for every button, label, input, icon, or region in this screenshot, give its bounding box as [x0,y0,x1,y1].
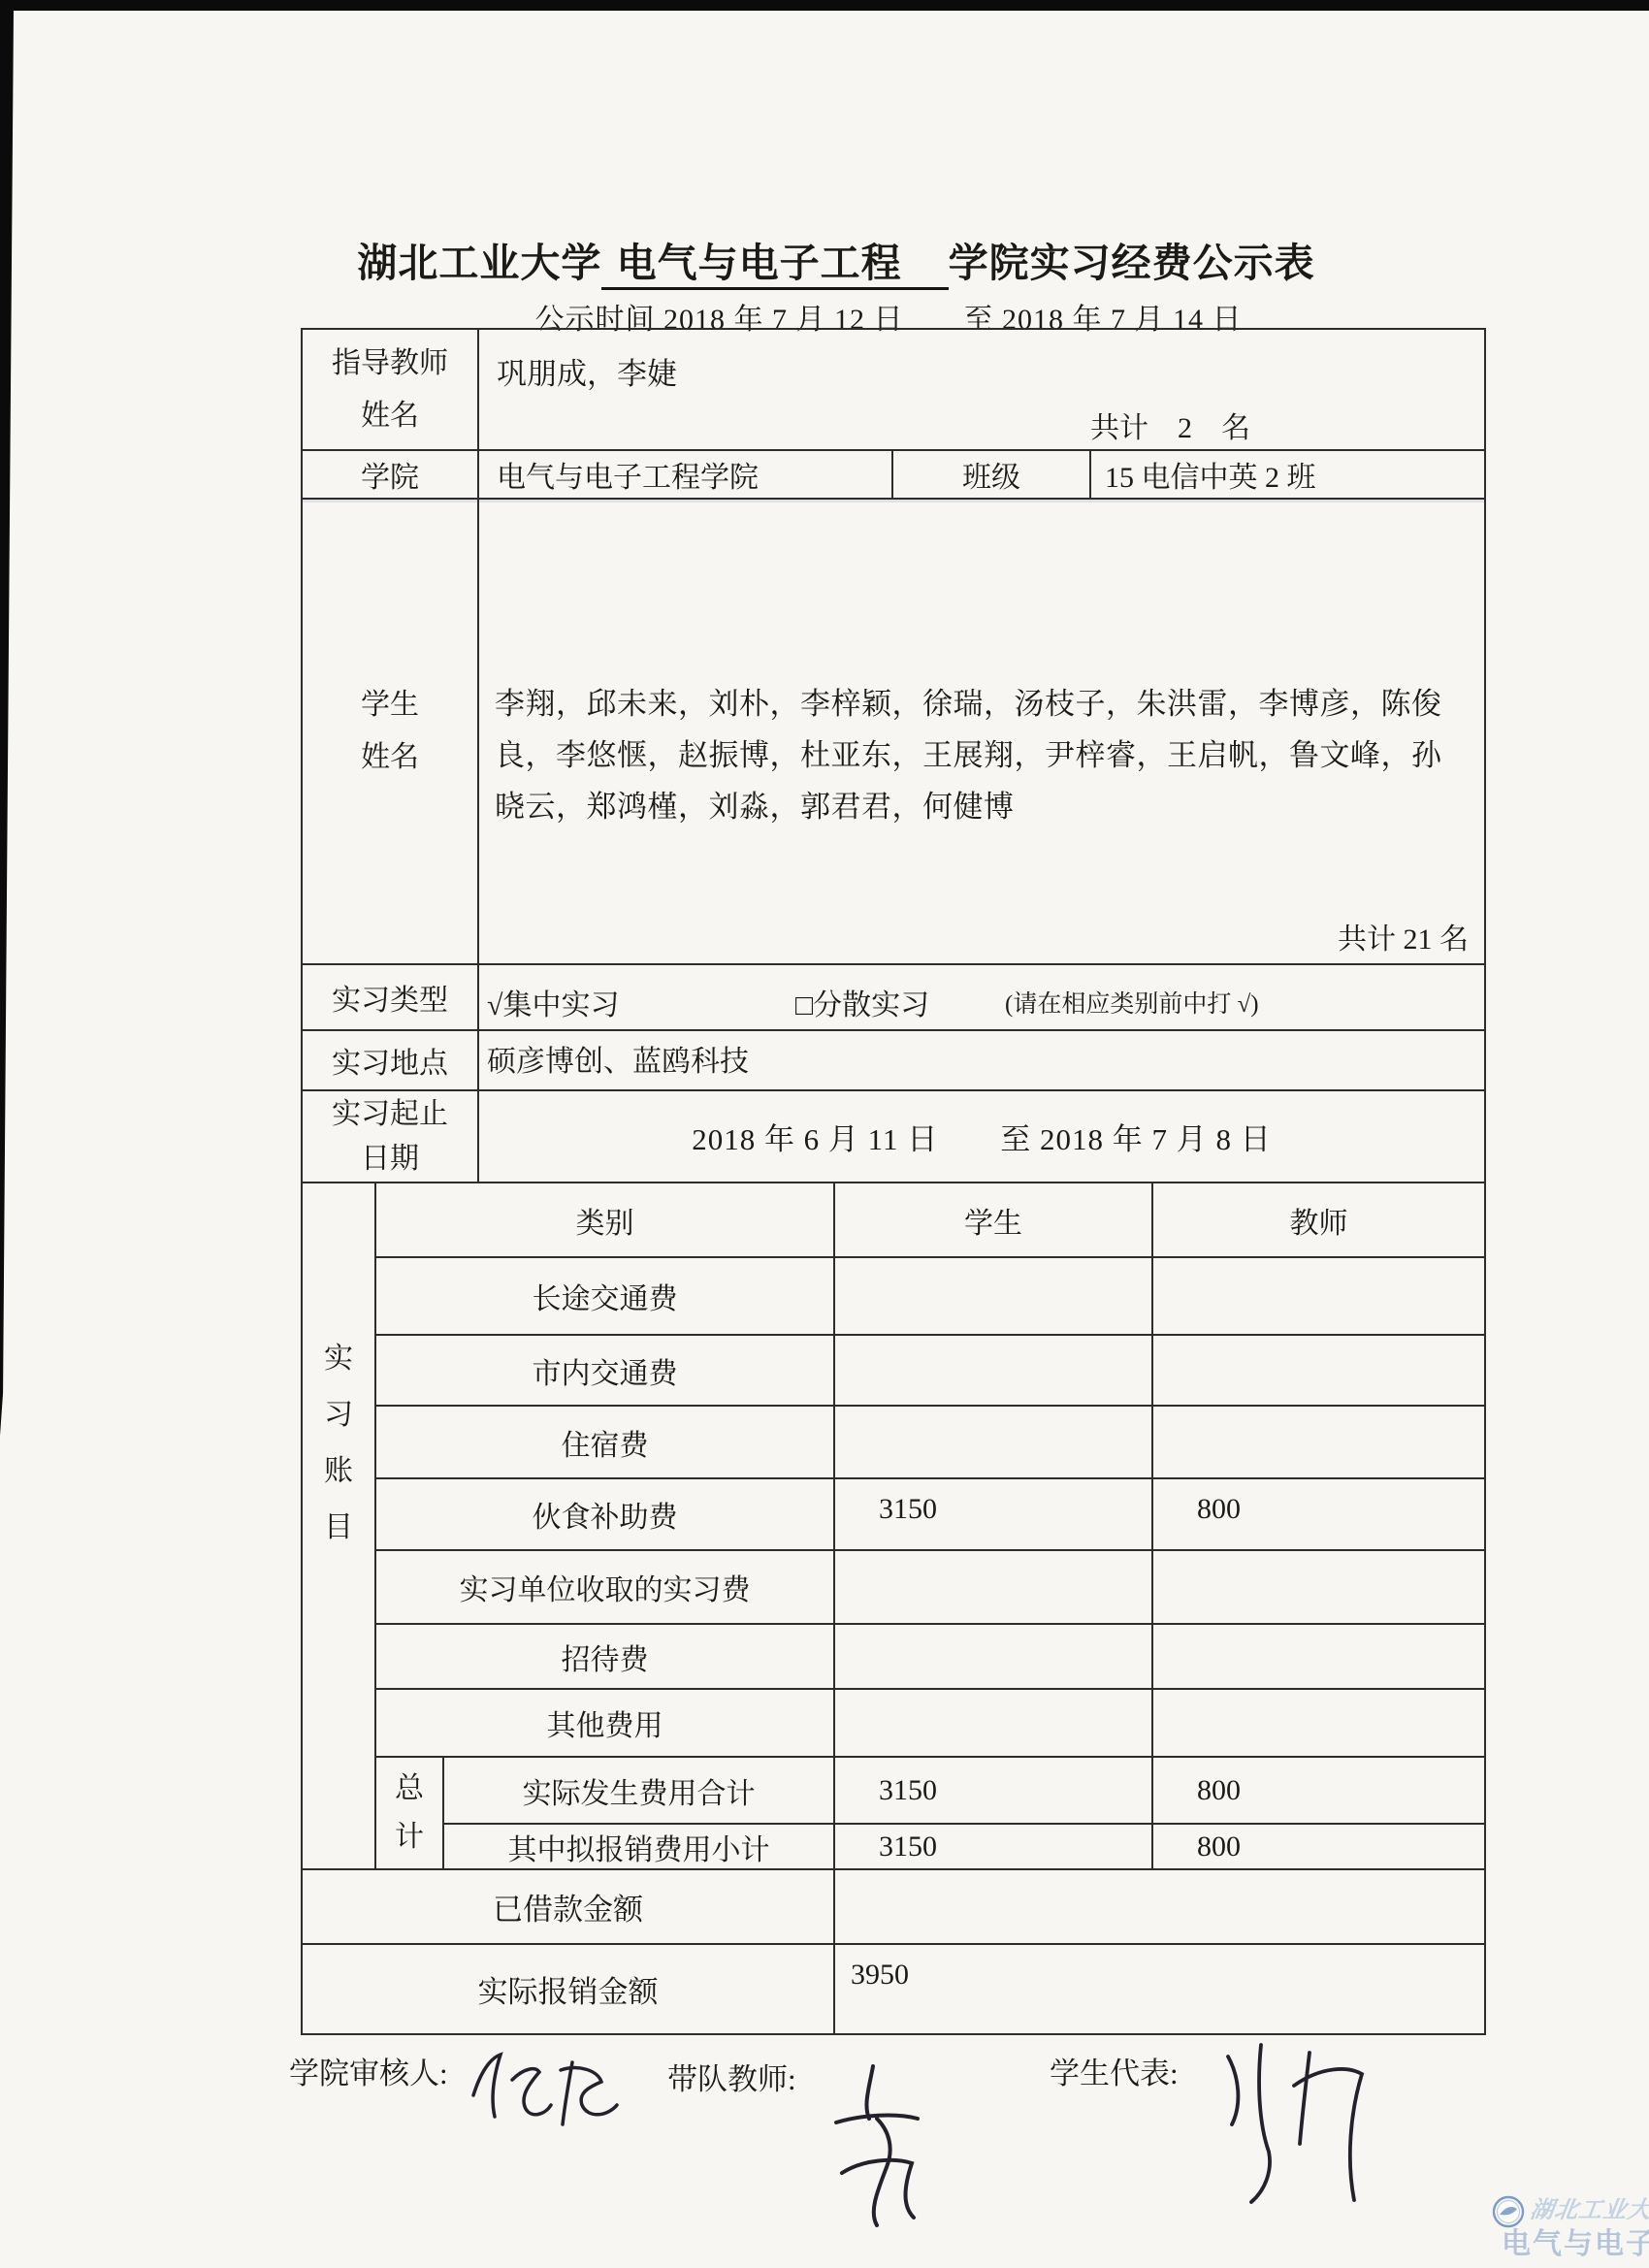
row-student-value [835,1407,1153,1479]
total-row-student-value: 3150 [835,1825,1153,1870]
type-option-checked: √集中实习 [487,981,619,1023]
row-category: 实习单位收取的实习费 [376,1551,835,1625]
lead-teacher-signature [813,2058,939,2233]
row-student-value [835,1336,1153,1407]
row-category: 伙食补助费 [376,1479,835,1551]
borrowed-label-cell: 已借款金额 [303,1870,835,1945]
location-label: 实习地点 [332,1039,448,1082]
class-value: 15 电信中英 2 班 [1105,453,1316,496]
account-section-label-cell: 实习账目 [303,1183,376,1870]
total-label-cell: 总计 [376,1758,444,1870]
college-label: 学院 [361,453,419,496]
category-label: 实际发生费用合计 [523,1769,756,1812]
type-label-cell: 实习类型 [303,965,479,1031]
row-student-value [835,1258,1153,1336]
reimbursed-label: 实际报销金额 [478,1967,659,2011]
row-student-value [835,1625,1153,1690]
row-student-value [835,1690,1153,1758]
row-teacher-value [1153,1407,1486,1479]
type-option-unchecked: □分散实习 [795,981,929,1023]
header-category-label: 类别 [576,1199,634,1242]
header-teacher-label: 教师 [1290,1199,1348,1242]
row-teacher-value [1153,1258,1486,1336]
dates-label-line1: 实习起止 [332,1092,448,1137]
header-student-label: 学生 [964,1199,1022,1242]
type-note: (请在相应类别前中打 √) [1005,985,1259,1020]
borrowed-value-cell [835,1870,1486,1945]
college-label-cell: 学院 [303,451,479,500]
title-suffix: 学院实习经费公示表 [949,241,1315,285]
total-row-category: 其中拟报销费用小计 [444,1825,835,1870]
reimbursed-label-cell: 实际报销金额 [303,1945,835,2035]
row-teacher-value [1153,1551,1486,1625]
dates-value: 2018 年 6 月 11 日 至 2018 年 7 月 8 日 [692,1115,1272,1158]
row-category: 住宿费 [376,1407,835,1479]
row-student-value: 3150 [835,1479,1153,1551]
reviewer-signature-strokes [456,2035,630,2137]
row-category: 市内交通费 [376,1336,835,1407]
students-value-cell: 李翔，邱未来，刘朴，李梓颖，徐瑞，汤枝子，朱洪雷，李博彦，陈俊良，李悠惬，赵振博… [479,500,1486,965]
instructor-total: 共计 2 名 [1090,404,1250,446]
reviewer-label: 学院审核人: [289,2049,448,2092]
category-label: 其中拟报销费用小计 [508,1826,770,1868]
instructor-names: 巩朋成，李婕 [479,330,1484,393]
location-label-cell: 实习地点 [303,1031,479,1091]
summary-table: 已借款金额 实际报销金额 3950 [301,1870,1486,2035]
location-value: 硕彦博创、蓝鸥科技 [487,1046,749,1078]
row-teacher-value: 800 [1153,1479,1486,1551]
instructor-label-cell: 指导教师 姓名 [303,330,479,451]
student-rep-signature-strokes [1201,2024,1371,2213]
total-row-student-value: 3150 [835,1758,1153,1825]
info-table: 指导教师 姓名 巩朋成，李婕 共计 2 名 学院 电气与电子工程学院 班级 15… [301,328,1486,1183]
category-label: 市内交通费 [533,1349,678,1392]
students-total: 共计 21 名 [1338,915,1469,957]
students-label-line2: 姓名 [361,731,419,784]
location-value-cell: 硕彦博创、蓝鸥科技 [479,1031,1486,1091]
college-value: 电气与电子工程学院 [497,453,759,496]
row-teacher-value [1153,1690,1486,1758]
header-student: 学生 [835,1183,1153,1258]
reimbursed-value-cell: 3950 [835,1945,1486,2035]
class-label-cell: 班级 [893,451,1091,500]
category-label: 其他费用 [547,1701,663,1744]
type-value-cell: √集中实习 □分散实习 (请在相应类别前中打 √) [479,965,1486,1031]
row-category: 招待费 [376,1625,835,1690]
lead-teacher-label: 带队教师: [667,2055,796,2098]
scan-edge-top [0,0,1649,11]
reviewer-signature [456,2035,630,2137]
category-label: 实习单位收取的实习费 [460,1566,751,1608]
header-teacher: 教师 [1153,1183,1486,1258]
row-teacher-value [1153,1625,1486,1690]
class-value-cell: 15 电信中英 2 班 [1091,451,1486,500]
student-rep-label: 学生代表: [1050,2049,1179,2092]
row-category: 其他费用 [376,1690,835,1758]
category-label: 招待费 [562,1636,649,1678]
row-category: 长途交通费 [376,1258,835,1336]
students-label-line1: 学生 [361,679,419,731]
students-names: 李翔，邱未来，刘朴，李梓颖，徐瑞，汤枝子，朱洪雷，李博彦，陈俊良，李悠惬，赵振博… [495,678,1447,832]
account-table: 实习账目 类别 学生 教师 长途交通费 市内交通费 住宿费 伙食补助费 3150… [301,1183,1486,1870]
borrowed-label: 已借款金额 [493,1885,643,1928]
category-label: 住宿费 [562,1421,649,1464]
dates-label-cell: 实习起止 日期 [303,1091,479,1183]
class-label: 班级 [962,453,1020,496]
title-university: 湖北工业大学 [357,241,601,285]
scan-edge-left [0,10,14,1436]
instructor-value-cell: 巩朋成，李婕 共计 2 名 [479,330,1486,451]
dates-value-cell: 2018 年 6 月 11 日 至 2018 年 7 月 8 日 [479,1091,1486,1183]
type-label: 实习类型 [332,976,448,1019]
account-section-label: 实习账目 [321,1331,356,1556]
total-row-teacher-value: 800 [1153,1758,1486,1825]
category-label: 伙食补助费 [533,1493,678,1536]
page-title: 湖北工业大学 电气与电子工程 学院实习经费公示表 [0,231,1649,288]
student-rep-signature [1201,2024,1371,2213]
dates-label-line2: 日期 [361,1137,419,1182]
category-label: 长途交通费 [533,1275,678,1317]
total-row-teacher-value: 800 [1153,1825,1486,1870]
row-teacher-value [1153,1336,1486,1407]
row-student-value [835,1551,1153,1625]
instructor-label-line1: 指导教师 [332,338,448,390]
header-category: 类别 [376,1183,835,1258]
college-value-cell: 电气与电子工程学院 [479,451,893,500]
instructor-label-line2: 姓名 [361,390,419,442]
watermark-college-text: 电气与电子工程学 [1502,2219,1649,2262]
lead-teacher-signature-strokes [813,2058,939,2233]
title-college-underlined: 电气与电子工程 [601,241,948,290]
total-row-category: 实际发生费用合计 [444,1758,835,1825]
total-label: 总计 [392,1765,427,1862]
students-label-cell: 学生 姓名 [303,500,479,965]
